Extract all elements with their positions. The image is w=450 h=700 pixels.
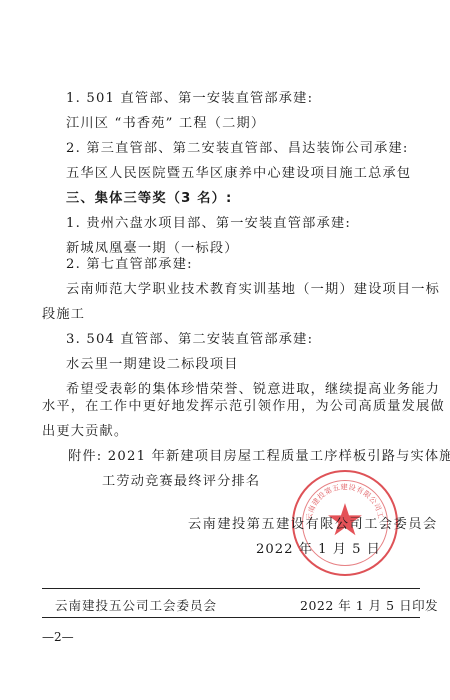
closing-paragraph-line-2: 水平，在工作中更好地发挥示范引领作用，为公司高质量发展做	[42, 398, 445, 416]
item-1-project: 江川区 “书香苑” 工程（二期）	[66, 115, 265, 133]
page-number: —2—	[42, 630, 74, 644]
attachment-line-1: 附件: 2021 年新建项目房屋工程质量工序样板引路与实体施	[68, 448, 450, 466]
closing-paragraph-line-1: 希望受表彰的集体珍惜荣誉、锐意进取，继续提高业务能力	[66, 381, 440, 399]
attachment-line-2: 工劳动竞赛最终评分排名	[102, 473, 260, 491]
footer-issuer: 云南建投五公司工会委员会	[55, 597, 217, 615]
item-2-contractors: 2. 第三直管部、第二安装直管部、昌达装饰公司承建:	[66, 140, 409, 158]
third-item-2-project-cont: 段施工	[42, 306, 85, 324]
item-2-project: 五华区人民医院暨五华区康养中心建设项目施工总承包	[66, 165, 411, 183]
signature-organization: 云南建投第五建设有限公司工会委员会	[188, 516, 438, 534]
section-heading-third-prize: 三、集体三等奖（3 名）:	[66, 190, 233, 208]
footer-top-rule	[42, 588, 420, 589]
third-item-2-project: 云南师范大学职业技术教育实训基地（一期）建设项目一标	[66, 281, 440, 299]
footer-issue-date: 2022 年 1 月 5 日印发	[300, 597, 438, 615]
third-item-1-contractors: 1. 贵州六盘水项目部、第一安装直管部承建:	[66, 215, 351, 233]
third-item-2-contractors: 2. 第七直管部承建:	[66, 256, 193, 274]
item-1-contractors: 1. 501 直管部、第一安装直管部承建:	[66, 90, 313, 108]
signature-date: 2022 年 1 月 5 日	[256, 541, 381, 559]
closing-paragraph-line-3: 出更大贡献。	[42, 423, 128, 441]
third-item-3-project: 水云里一期建设二标段项目	[66, 356, 239, 374]
footer-bottom-rule	[42, 617, 420, 618]
third-item-3-contractors: 3. 504 直管部、第二安装直管部承建:	[66, 331, 313, 349]
